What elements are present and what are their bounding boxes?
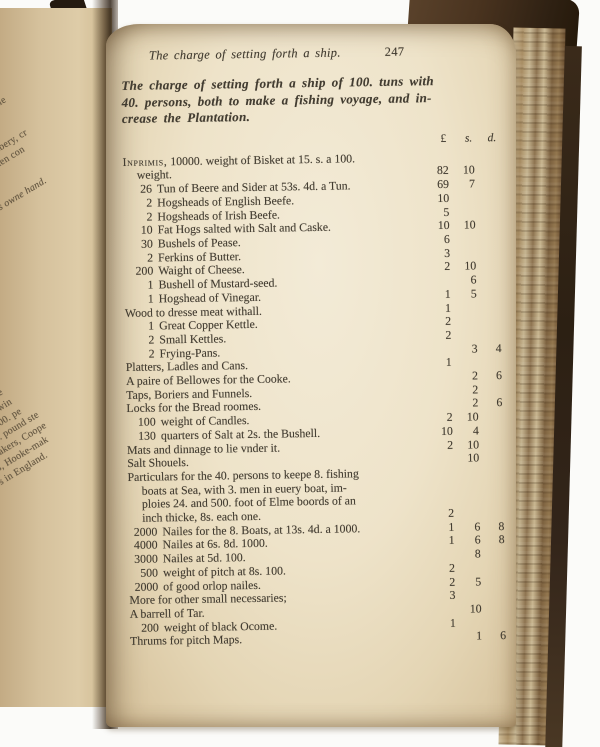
row-pounds-value: 1 bbox=[422, 356, 452, 370]
row-pounds-value: 6 bbox=[420, 233, 450, 247]
row-pounds-value: 1 bbox=[426, 616, 456, 630]
ledger-row: Particulars for the 40. persons to keepe… bbox=[127, 465, 504, 526]
row-quantity: 2 bbox=[125, 333, 159, 347]
row-shillings-value: 7 bbox=[449, 178, 475, 192]
currency-column-headers: £ s. d. bbox=[122, 132, 496, 150]
row-shillings-value: 10 bbox=[453, 452, 479, 466]
row-pounds-value: 2 bbox=[423, 438, 453, 452]
row-item-line: weight of black Ocome. bbox=[164, 618, 278, 634]
row-item-line: Small Kettles. bbox=[159, 331, 226, 346]
row-pence-value: 4 bbox=[477, 342, 501, 356]
running-head: The charge of setting forth a ship. 247 bbox=[149, 43, 497, 63]
row-item-lead-word: Inprimis, bbox=[122, 154, 167, 169]
row-pounds-value: 2 bbox=[421, 329, 451, 343]
row-item-text: Particulars for the 40. persons to keepe… bbox=[127, 466, 424, 525]
running-head-title: The charge of setting forth a ship. bbox=[149, 46, 341, 64]
row-shillings-value: 10 bbox=[450, 219, 476, 233]
row-pounds-value: 1 bbox=[421, 288, 451, 302]
row-item-line: Mats and dinnage to lie vnder it. bbox=[127, 440, 280, 456]
row-shillings-value: 5 bbox=[455, 575, 481, 589]
row-item-line: weight of pitch at 8s. 100. bbox=[163, 563, 286, 579]
row-shillings-value: 1 bbox=[456, 630, 482, 644]
charges-ledger: Inprimis, 10000. weight of Bisket at 15.… bbox=[122, 150, 506, 649]
row-item-text: Thrums for pitch Maps. bbox=[130, 631, 426, 649]
row-item-line: Frying-Pans. bbox=[159, 345, 220, 360]
page-number: 247 bbox=[385, 45, 405, 60]
row-pounds-value: 2 bbox=[425, 562, 455, 576]
pounds-column-header: £ bbox=[416, 133, 446, 145]
row-item-line: Great Copper Kettle. bbox=[159, 317, 258, 333]
row-shillings-value: 10 bbox=[456, 602, 482, 616]
row-quantity: 500 bbox=[129, 566, 163, 580]
row-pounds-value: 1 bbox=[424, 534, 454, 548]
row-pounds-value: 10 bbox=[423, 425, 453, 439]
row-shillings-value: 8 bbox=[455, 548, 481, 562]
row-pounds-value: 10 bbox=[419, 192, 449, 206]
row-pounds-value: 3 bbox=[425, 589, 455, 603]
row-item-line: Salt Shouels. bbox=[127, 455, 189, 470]
row-pence-value: 8 bbox=[480, 533, 504, 547]
right-page: The charge of setting forth a ship. 247 … bbox=[106, 24, 516, 727]
pence-column-header: d. bbox=[472, 132, 496, 144]
row-pence-value: 6 bbox=[478, 396, 502, 410]
row-shillings-value: 3 bbox=[451, 342, 477, 356]
row-pence-value: 6 bbox=[482, 629, 506, 643]
row-quantity: 2 bbox=[123, 196, 157, 210]
page-content: The charge of setting forth a ship. 247 … bbox=[121, 39, 508, 718]
row-shillings-value: 5 bbox=[451, 287, 477, 301]
page-heading: The charge of setting forth a ship of 10… bbox=[121, 72, 498, 128]
shillings-column-header: s. bbox=[446, 132, 472, 144]
row-pence-value: 6 bbox=[478, 369, 502, 383]
row-item-line: Thrums for pitch Maps. bbox=[130, 633, 242, 649]
row-pounds-value: 2 bbox=[420, 260, 450, 274]
row-shillings-value: 4 bbox=[453, 424, 479, 438]
row-shillings-value: 2 bbox=[452, 369, 478, 383]
book-photograph: ntions for New-found land.sions of a con… bbox=[0, 0, 600, 747]
row-item-line: Nailes at 6s. 8d. 1000. bbox=[162, 536, 267, 552]
row-item-line: More for other small necessaries; bbox=[129, 591, 286, 607]
